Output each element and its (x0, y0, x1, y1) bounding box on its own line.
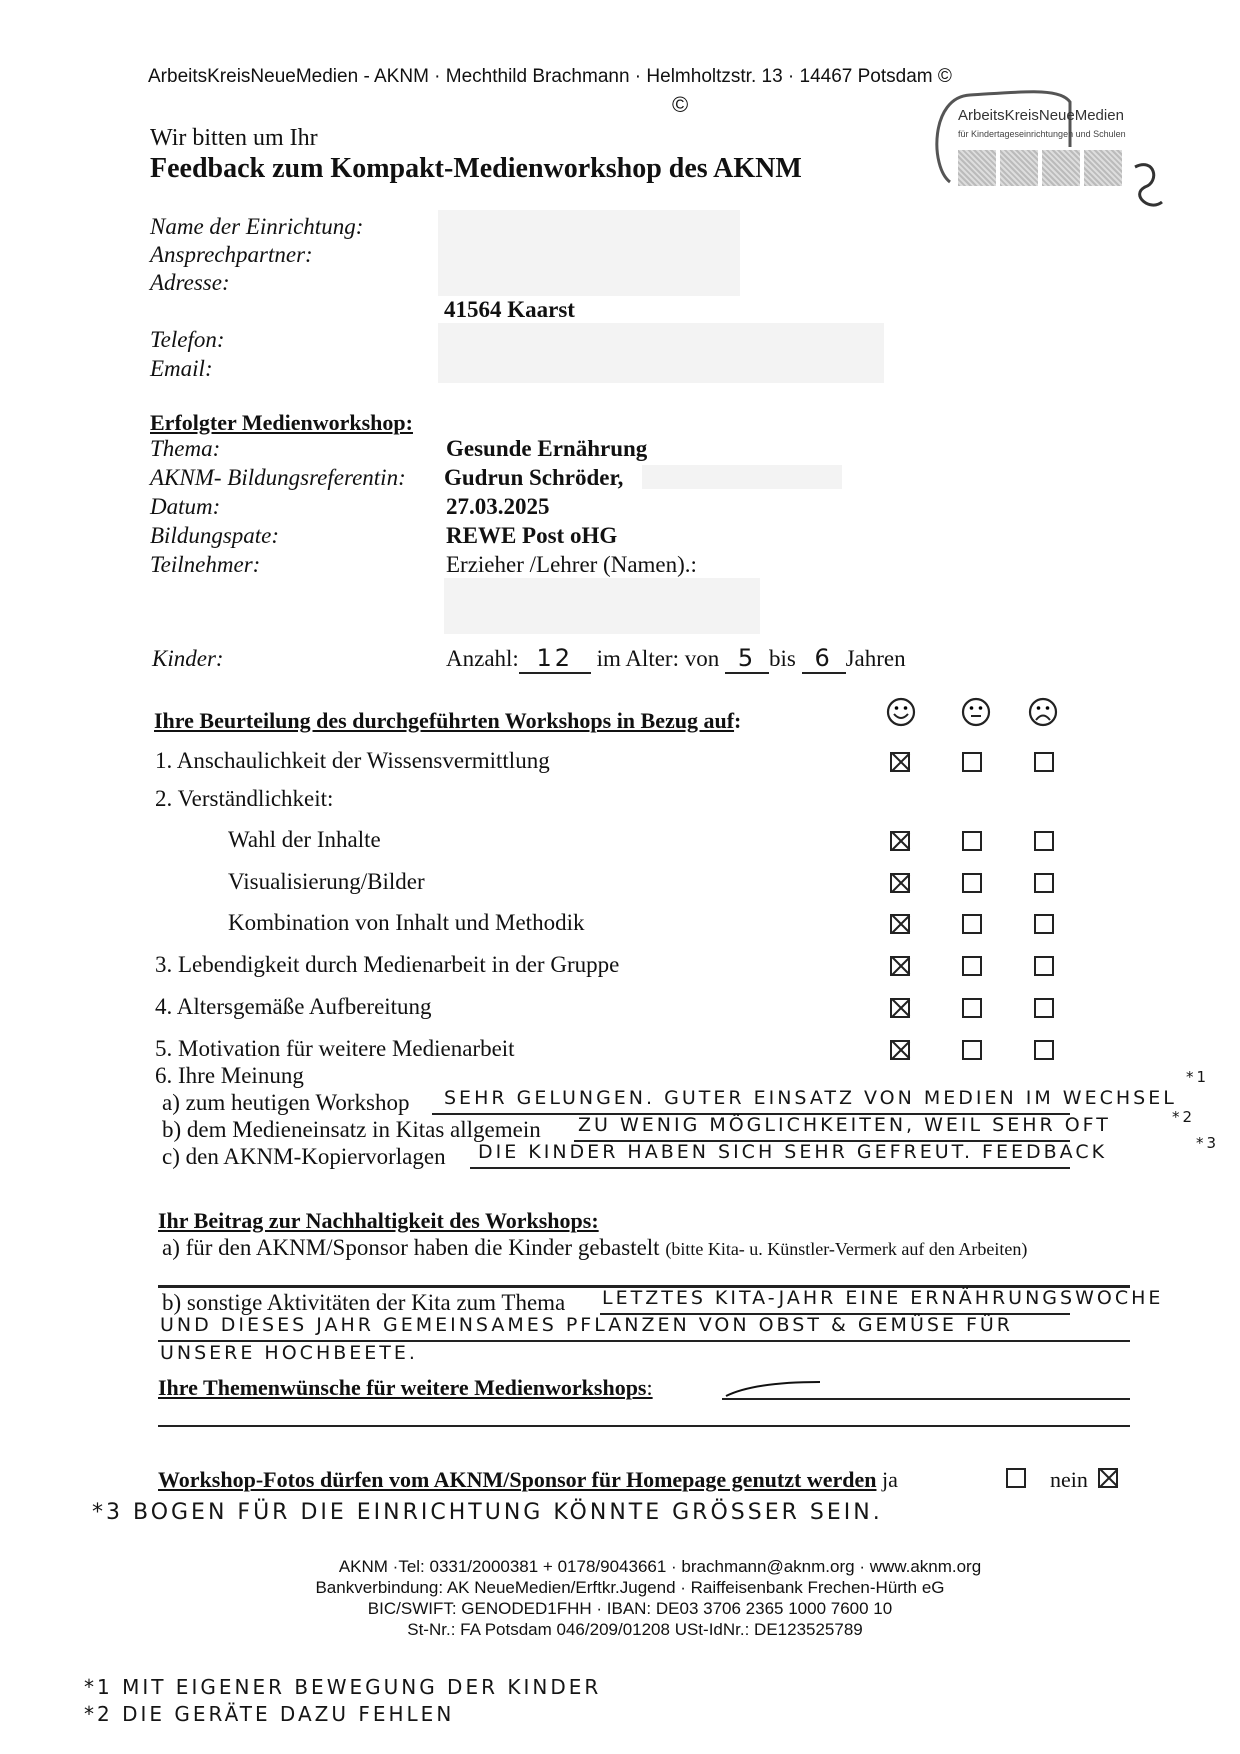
participants-label: Teilnehmer: (150, 552, 260, 578)
rating-checkbox-happy-face[interactable] (890, 873, 910, 893)
rating-checkbox-happy-face[interactable] (890, 998, 910, 1018)
opinion-c-underline (470, 1167, 1070, 1169)
age-to-label: bis (769, 646, 796, 671)
rating-checkbox-neutral-face[interactable] (962, 914, 982, 934)
photos-yes-checkbox[interactable] (1006, 1468, 1026, 1488)
photos-no-label: nein (1050, 1467, 1088, 1493)
photos-no-checkbox[interactable] (1098, 1468, 1118, 1488)
opinion-a-ref: *1 (1186, 1068, 1209, 1086)
topic-value: Gesunde Ernährung (446, 436, 647, 462)
copyright-mark: © (672, 92, 688, 118)
rating-checkbox-neutral-face[interactable] (962, 752, 982, 772)
info-coin-icon (1084, 150, 1122, 186)
wishes-title: Ihre Themenwünsche für weitere Medienwor… (158, 1375, 653, 1401)
opinion-c-field[interactable]: Die Kinder haben sich sehr gefreut. Feed… (478, 1141, 1107, 1163)
rating-checkbox-neutral-face[interactable] (962, 956, 982, 976)
opinion-b-field[interactable]: Zu wenig Möglichkeiten, weil sehr oft (578, 1114, 1111, 1136)
children-label: Kinder: (152, 646, 224, 672)
date-label: Datum: (150, 494, 220, 520)
name-label: Name der Einrichtung: (150, 214, 363, 240)
redacted-participants (444, 578, 760, 634)
trainer-label: AKNM- Bildungsreferentin: (150, 465, 406, 491)
footer-iban: BIC/SWIFT: GENODED1FHH · IBAN: DE03 3706… (0, 1598, 1240, 1619)
opinion-a-field[interactable]: Sehr gelungen. Guter Einsatz von Medien … (444, 1087, 1177, 1109)
rating-checkbox-happy-face[interactable] (890, 956, 910, 976)
drop-icon (1000, 150, 1038, 186)
page-title: Feedback zum Kompakt-Medienworkshop des … (150, 153, 802, 185)
redacted-trainer (642, 465, 842, 489)
sustainability-b-field-1[interactable]: Letztes Kita-Jahr eine Ernährungswoche (602, 1287, 1163, 1309)
age-to-field[interactable]: 6 (802, 644, 846, 674)
rating-checkbox-sad-face[interactable] (1034, 831, 1054, 851)
tree-icon (1042, 150, 1080, 186)
opinion-b-label: b) dem Medieneinsatz in Kitas allgemein (162, 1117, 541, 1143)
age-unit: Jahren (846, 646, 906, 671)
happy-face-icon (886, 697, 916, 727)
rating-checkbox-sad-face[interactable] (1034, 752, 1054, 772)
rating-checkbox-sad-face[interactable] (1034, 998, 1054, 1018)
rating-item-label: Visualisierung/Bilder (228, 869, 425, 895)
rating-checkbox-sad-face[interactable] (1034, 1040, 1054, 1060)
photos-consent-row: Workshop-Fotos dürfen vom AKNM/Sponsor f… (158, 1467, 898, 1493)
opinion-b-ref: *2 (1172, 1108, 1195, 1126)
children-row: Anzahl:12 im Alter: von 5bis 6Jahren (446, 644, 906, 674)
rating-title: Ihre Beurteilung des durchgeführten Work… (154, 708, 741, 734)
rating-checkbox-sad-face[interactable] (1034, 873, 1054, 893)
footer-tax: St-Nr.: FA Potsdam 046/209/01208 USt-IdN… (0, 1619, 1240, 1640)
age-from-field[interactable]: 5 (725, 644, 769, 674)
sad-face-icon (1028, 697, 1058, 727)
rating-item-label: 3. Lebendigkeit durch Medienarbeit in de… (155, 952, 619, 978)
sponsor-value: REWE Post oHG (446, 523, 617, 549)
sustainability-b-field-3[interactable]: unsere Hochbeete. (160, 1342, 418, 1364)
count-label: Anzahl: (446, 646, 519, 671)
rating-item-label: 1. Anschaulichkeit der Wissensvermittlun… (155, 748, 550, 774)
apple-icon (958, 150, 996, 186)
opinion-title: 6. Ihre Meinung (155, 1063, 304, 1089)
phone-label: Telefon: (150, 327, 225, 353)
rating-checkbox-happy-face[interactable] (890, 752, 910, 772)
count-field[interactable]: 12 (519, 644, 591, 674)
rating-item-label: 2. Verständlichkeit: (155, 786, 333, 812)
logo-title: ArbeitsKreisNeueMedien (958, 107, 1124, 124)
rating-checkbox-neutral-face[interactable] (962, 831, 982, 851)
footnote-1: *1 Mit eigener Bewegung der Kinder (84, 1675, 601, 1699)
rating-item-label: 4. Altersgemäße Aufbereitung (155, 994, 432, 1020)
workshop-section-title: Erfolgter Medienworkshop: (150, 410, 413, 436)
neutral-face-icon (961, 697, 991, 727)
rating-checkbox-neutral-face[interactable] (962, 998, 982, 1018)
redacted-phone-email (438, 323, 884, 383)
sustainability-a: a) für den AKNM/Sponsor haben die Kinder… (162, 1235, 1027, 1261)
topic-label: Thema: (150, 436, 220, 462)
rating-item-label: Kombination von Inhalt und Methodik (228, 910, 584, 936)
sustainability-b-field-2[interactable]: und dieses Jahr gemeinsames Pflanzen von… (160, 1314, 1013, 1336)
footnote-3: *3 Bogen für die Einrichtung könnte größ… (92, 1500, 883, 1525)
opinion-c-label: c) den AKNM-Kopiervorlagen (162, 1144, 446, 1170)
rating-checkbox-happy-face[interactable] (890, 831, 910, 851)
redacted-contact-block (438, 210, 740, 296)
footer-contact: AKNM ·Tel: 0331/2000381 + 0178/9043661 ·… (0, 1556, 1240, 1577)
trainer-value: Gudrun Schröder, (444, 465, 623, 491)
intro-text: Wir bitten um Ihr (150, 125, 318, 152)
wishes-field-2[interactable] (158, 1425, 1130, 1427)
aknm-logo: ArbeitsKreisNeueMedien für Kindertagesei… (940, 95, 1160, 205)
opinion-c-ref: *3 (1196, 1134, 1219, 1152)
address-label: Adresse: (150, 270, 230, 296)
rating-checkbox-happy-face[interactable] (890, 1040, 910, 1060)
rating-checkbox-sad-face[interactable] (1034, 914, 1054, 934)
opinion-a-label: a) zum heutigen Workshop (162, 1090, 409, 1116)
rating-item-label: 5. Motivation für weitere Medienarbeit (155, 1036, 515, 1062)
rating-checkbox-neutral-face[interactable] (962, 873, 982, 893)
participants-value: Erzieher /Lehrer (Namen).: (446, 552, 697, 578)
sustainability-title: Ihr Beitrag zur Nachhaltigkeit des Works… (158, 1208, 599, 1234)
letterhead-address: ArbeitsKreisNeueMedien - AKNM · Mechthil… (148, 66, 952, 88)
rating-checkbox-happy-face[interactable] (890, 914, 910, 934)
date-value: 27.03.2025 (446, 494, 550, 520)
footnote-2: *2 Die Geräte dazu fehlen (84, 1702, 454, 1726)
rating-checkbox-neutral-face[interactable] (962, 1040, 982, 1060)
footer: AKNM ·Tel: 0331/2000381 + 0178/9043661 ·… (0, 1556, 1240, 1640)
address-city: 41564 Kaarst (444, 297, 575, 323)
wishes-dash-stroke (724, 1378, 824, 1400)
logo-subtitle: für Kindertageseinrichtungen und Schulen (958, 129, 1126, 139)
sustainability-b-label: b) sonstige Aktivitäten der Kita zum The… (162, 1290, 565, 1316)
rating-item-label: Wahl der Inhalte (228, 827, 381, 853)
email-label: Email: (150, 356, 213, 382)
age-label: im Alter: von (597, 646, 720, 671)
footer-bank: Bankverbindung: AK NeueMedien/Erftkr.Jug… (0, 1577, 1240, 1598)
person-label: Ansprechpartner: (150, 242, 313, 268)
rating-checkbox-sad-face[interactable] (1034, 956, 1054, 976)
sponsor-label: Bildungspate: (150, 523, 279, 549)
